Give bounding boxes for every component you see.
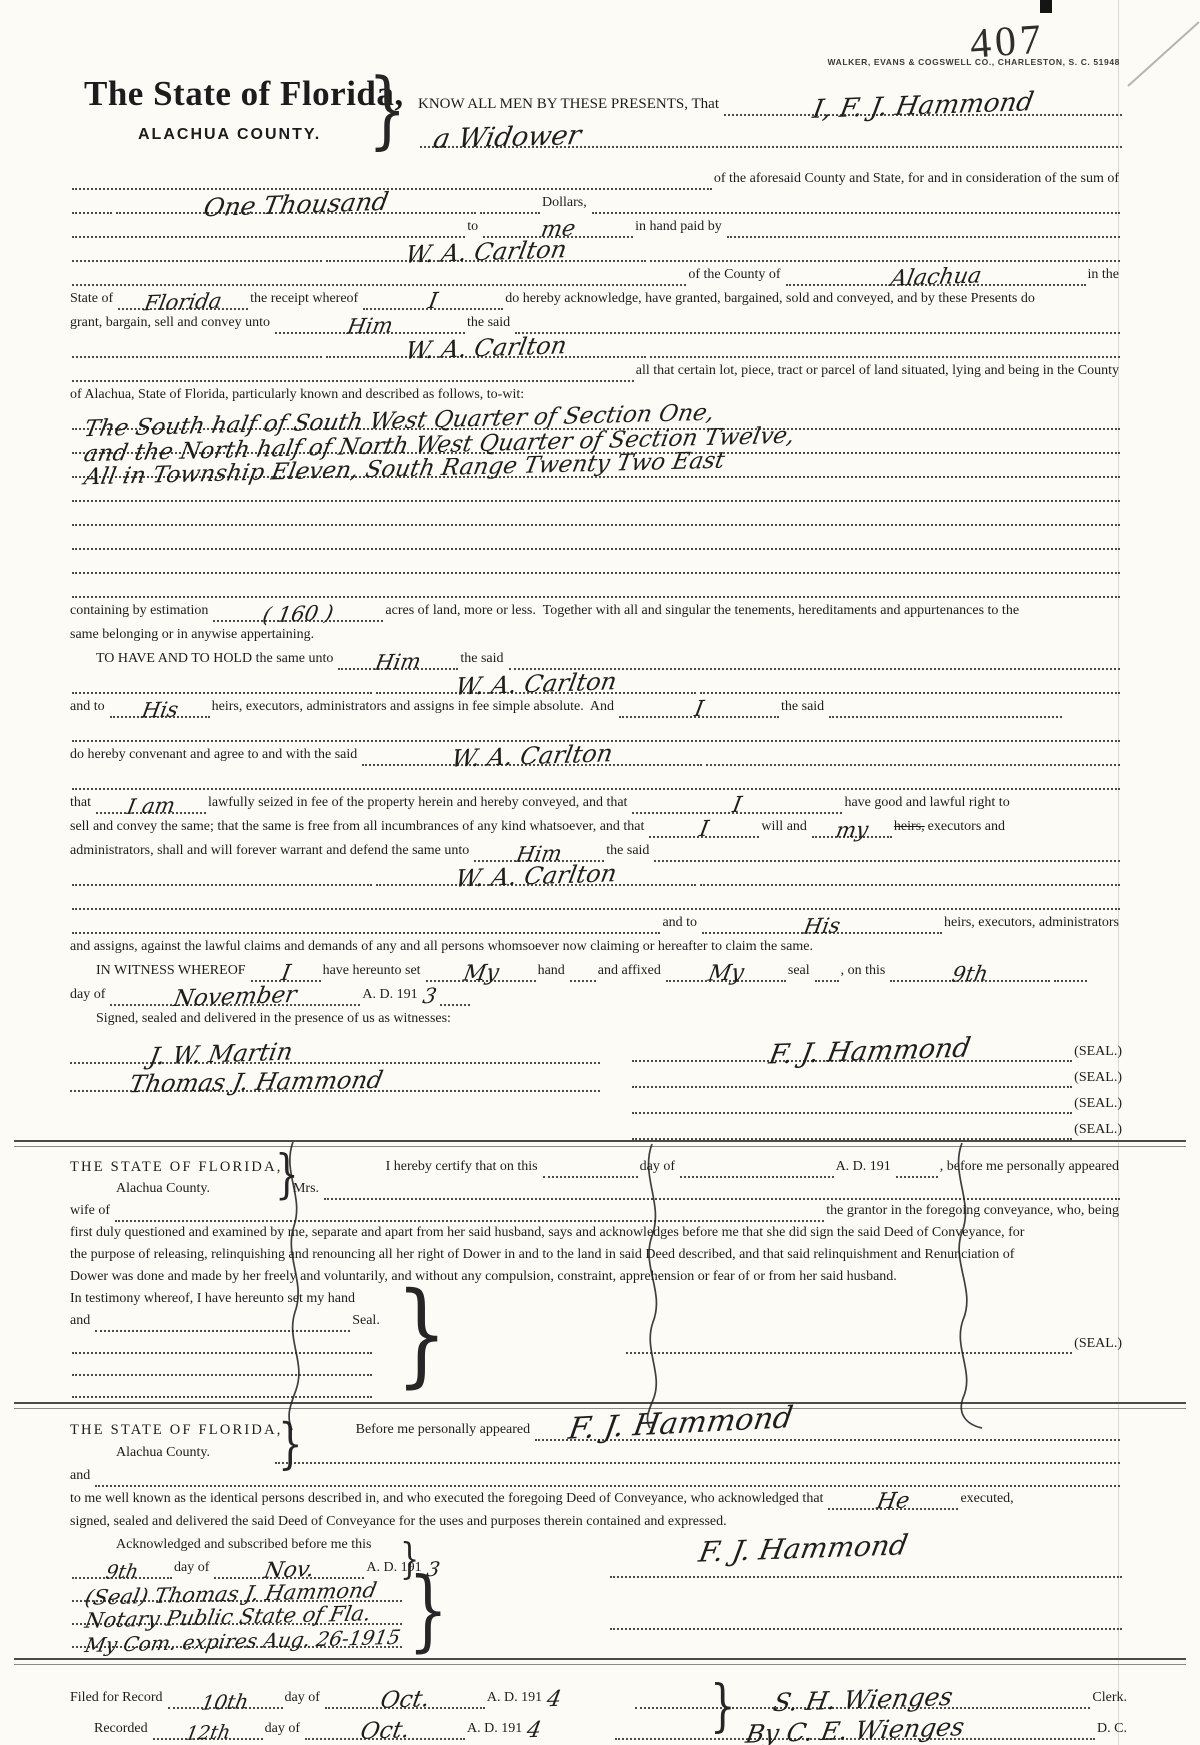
printed-text: the said (781, 700, 827, 718)
dotted-blank (95, 1312, 350, 1332)
printed-text: seal (788, 964, 813, 982)
form-line: TO HAVE AND TO HOLD the same untoHimthe … (70, 646, 1122, 670)
dotted-blank: Florida (118, 290, 248, 310)
printed-text: Signed, sealed and delivered in the pres… (96, 1012, 454, 1030)
section-divider (14, 1140, 1186, 1147)
dotted-blank (650, 242, 1120, 262)
dotted-blank (1054, 962, 1087, 982)
printed-text: Seal. (352, 1314, 383, 1332)
form-line: containing by estimation( 160 )acres of … (70, 598, 1122, 622)
printed-text: of the aforesaid County and State, for a… (714, 172, 1122, 190)
printed-text: day of (174, 1561, 212, 1579)
dotted-blank (72, 530, 1120, 550)
dotted-blank: Him (338, 650, 458, 670)
header-brace: } (368, 72, 406, 148)
dotted-blank: Nov. (214, 1559, 364, 1579)
form-line: THE STATE OF FLORIDA,I hereby certify th… (70, 1156, 1122, 1178)
dotted-blank: W. A. Carlton (326, 242, 646, 262)
struck-text: heirs, (894, 820, 928, 838)
dotted-blank: Him (474, 842, 604, 862)
dotted-blank (592, 194, 1120, 214)
form-line: do hereby convenant and agree to and wit… (70, 742, 1122, 766)
handwritten-text: Oct. (359, 1720, 411, 1742)
dotted-blank (72, 482, 1120, 502)
dotted-blank: S. H. Wienges (635, 1689, 1090, 1709)
dotted-blank: my (812, 818, 892, 838)
dotted-blank: I (649, 818, 759, 838)
dotted-blank: W. A. Carlton (376, 674, 696, 694)
dotted-blank (700, 674, 1120, 694)
county-heading: ALACHUA COUNTY. (138, 126, 321, 144)
printed-text: Alachua County. (116, 1446, 213, 1464)
filed-rows: Filed for Record10thday ofOct.A. D. 1914… (70, 1678, 1130, 1740)
dotted-blank (700, 866, 1120, 886)
form-line: Acknowledged and subscribed before me th… (70, 1533, 1122, 1556)
dotted-blank: His (110, 698, 210, 718)
printed-text: that (70, 796, 94, 814)
dotted-blank: Oct. (305, 1720, 465, 1740)
printed-text: lawfully seized in fee of the property h… (208, 796, 630, 814)
printed-text: I hereby certify that on this (386, 1160, 541, 1178)
form-line (70, 550, 1122, 574)
printed-text: same belonging or in anywise appertainin… (70, 628, 317, 646)
form-line: IN WITNESS WHEREOFIhave hereunto setMyha… (70, 958, 1122, 982)
dotted-blank (72, 890, 1120, 910)
form-line: In testimony whereof, I have hereunto se… (70, 1288, 1122, 1310)
printed-text: grant, bargain, sell and convey unto (70, 316, 273, 334)
printed-text: and to (662, 916, 700, 934)
dotted-blank (829, 698, 1062, 718)
form-line: Signed, sealed and delivered in the pres… (70, 1006, 1122, 1030)
printed-text: to (467, 220, 481, 238)
printed-text: the said (460, 652, 506, 670)
dotted-blank: W. A. Carlton (326, 338, 646, 358)
printed-text: executors and (928, 820, 1008, 838)
seal-line: (SEAL.) (630, 1114, 1122, 1140)
dotted-blank: 9th (72, 1559, 172, 1579)
printed-text: Recorded (94, 1722, 151, 1740)
printed-text: Filed for Record (70, 1691, 166, 1709)
form-line: sell and convey the same; that the same … (70, 814, 1122, 838)
form-line: Filed for Record10thday ofOct.A. D. 1914… (70, 1678, 1130, 1709)
printed-text: all that certain lot, piece, tract or pa… (636, 364, 1122, 382)
printed-text: Before me personally appeared (356, 1423, 534, 1441)
form-line (70, 526, 1122, 550)
printed-text: TO HAVE AND TO HOLD the same unto (96, 652, 336, 670)
form-line: andSeal. (70, 1310, 1122, 1332)
printed-text: A. D. 191 (362, 988, 420, 1006)
form-line: Dower was done and made by her freely an… (70, 1266, 1122, 1288)
scan-corner-streak (1128, 22, 1199, 86)
form-line: same belonging or in anywise appertainin… (70, 622, 1122, 646)
dotted-blank: a Widower (420, 128, 1122, 148)
form-line: W. A. Carlton (70, 334, 1122, 358)
printed-text: first duly questioned and examined by me… (70, 1226, 1027, 1244)
seal-label: (SEAL.) (1074, 1070, 1122, 1088)
printed-text: Clerk. (1092, 1691, 1130, 1709)
form-line: KNOW ALL MEN BY THESE PRESENTS, That I, … (418, 88, 1124, 116)
dotted-blank (515, 314, 1120, 334)
printed-text: the grantor in the foregoing conveyance,… (826, 1204, 1122, 1222)
form-line: and toHisheirs, executors, administrator… (70, 694, 1122, 718)
printed-text: Dower was done and made by her freely an… (70, 1270, 900, 1288)
dotted-blank: I (251, 962, 321, 982)
form-line: thatI amlawfully seized in fee of the pr… (70, 790, 1122, 814)
dotted-blank (632, 1092, 1072, 1114)
handwritten-text: a Widower (431, 124, 582, 152)
handwriting: 4 (525, 1719, 543, 1740)
witness-line: Thomas J. Hammond (70, 1064, 600, 1092)
deed-body: of the aforesaid County and State, for a… (70, 166, 1122, 1030)
printed-text: IN WITNESS WHEREOF (96, 964, 249, 982)
dotted-blank (72, 770, 1120, 790)
dotted-blank (570, 962, 596, 982)
dotted-blank (72, 218, 465, 238)
form-line (70, 478, 1122, 502)
printed-text: and to (70, 700, 108, 718)
form-line: (SEAL.) (70, 1332, 1122, 1354)
handwritten-text: By C. E. Wienges (744, 1716, 966, 1745)
seal-line: (SEAL.) (630, 1062, 1122, 1088)
dotted-blank (275, 1444, 1120, 1464)
form-line: of the aforesaid County and State, for a… (70, 166, 1122, 190)
dotted-blank (72, 914, 660, 934)
dotted-blank (72, 554, 1120, 574)
printed-text: executed, (960, 1492, 1016, 1510)
form-line: first duly questioned and examined by me… (70, 1222, 1122, 1244)
dotted-blank: My Com. expires Aug. 26-1915 (72, 1628, 402, 1648)
dower-release-section: THE STATE OF FLORIDA,I hereby certify th… (70, 1156, 1122, 1398)
printed-text: and assigns, against the lawful claims a… (70, 940, 816, 958)
form-line: The South half of South West Quarter of … (70, 406, 1122, 430)
dotted-blank: I (632, 794, 842, 814)
deed-page: 407 WALKER, EVANS & COGSWELL CO., CHARLE… (0, 0, 1200, 1745)
form-line: to me well known as the identical person… (70, 1487, 1122, 1510)
printed-text: in hand paid by (635, 220, 725, 238)
dotted-blank: ( 160 ) (213, 602, 383, 622)
printed-text: in the (1088, 268, 1123, 286)
section-divider (14, 1658, 1186, 1665)
printed-text: heirs, executors, administrators and ass… (212, 700, 617, 718)
dotted-blank: (Seal) Thomas J. Hammond (72, 1582, 402, 1602)
dotted-blank: Oct. (325, 1689, 485, 1709)
printed-text: Acknowledged and subscribed before me th… (116, 1538, 374, 1556)
form-line: All in Township Eleven, South Range Twen… (70, 454, 1122, 478)
dotted-blank (95, 1467, 1120, 1487)
seal-column: F. J. Hammond (SEAL.) (SEAL.) (SEAL.) (S… (630, 1036, 1122, 1140)
dotted-blank (72, 362, 634, 382)
printed-text: day of (265, 1722, 303, 1740)
grantor-signature: F. J. Hammond (697, 1532, 910, 1564)
printed-text: D. C. (1097, 1722, 1130, 1740)
form-line: a Widower (418, 116, 1124, 148)
printed-text: the said (467, 316, 513, 334)
printed-text: A. D. 191 (467, 1722, 525, 1740)
form-line (70, 502, 1122, 526)
printed-text: do hereby acknowledge, have granted, bar… (505, 292, 1038, 310)
printed-text: the receipt whereof (250, 292, 361, 310)
printed-text: THE STATE OF FLORIDA, (70, 1160, 286, 1178)
printer-imprint: WALKER, EVANS & COGSWELL CO., CHARLESTON… (827, 57, 1120, 67)
witness-signature-block: J. W. Martin Thomas J. Hammond F. J. Ham… (70, 1036, 1122, 1140)
dotted-blank: W. A. Carlton (376, 866, 696, 886)
dotted-blank: I (363, 290, 503, 310)
dotted-blank (610, 1610, 1122, 1630)
handwritten-text: 12th (184, 1724, 231, 1743)
dotted-blank (72, 1356, 372, 1376)
dower-county-brace: } (275, 1152, 299, 1199)
printed-text: containing by estimation (70, 604, 211, 622)
printed-text: of the County of (688, 268, 783, 286)
form-line: administrators, shall and will forever w… (70, 838, 1122, 862)
printed-text: and (70, 1469, 93, 1487)
form-line: the purpose of releasing, relinquishing … (70, 1244, 1122, 1266)
form-line: W. A. Carlton (70, 238, 1122, 262)
form-line: W. A. Carlton (70, 862, 1122, 886)
seal-label: (SEAL.) (1074, 1336, 1122, 1354)
handwritten-text: Thomas J. Hammond (127, 1070, 384, 1096)
seal-label: (SEAL.) (1074, 1044, 1122, 1062)
dotted-blank (324, 1180, 1120, 1200)
dotted-blank (815, 962, 839, 982)
form-line: tomein hand paid by (70, 214, 1122, 238)
printed-text: heirs, executors, administrators (944, 916, 1122, 934)
form-line: wife ofthe grantor in the foregoing conv… (70, 1200, 1122, 1222)
section-divider (14, 1402, 1186, 1409)
dotted-blank: My (426, 962, 536, 982)
witness-column: J. W. Martin Thomas J. Hammond (70, 1036, 600, 1092)
form-line: and toHisheirs, executors, administrator… (70, 910, 1122, 934)
dower-rows: THE STATE OF FLORIDA,I hereby certify th… (70, 1156, 1122, 1398)
printed-text: day of (640, 1160, 678, 1178)
page-title: The State of Florida, (84, 74, 404, 114)
dotted-blank (706, 746, 1120, 766)
recording-section: Filed for Record10thday ofOct.A. D. 1914… (70, 1678, 1130, 1740)
dotted-blank (632, 1066, 1072, 1088)
dotted-blank (115, 1202, 824, 1222)
seal-line: F. J. Hammond (SEAL.) (630, 1036, 1122, 1062)
dotted-blank (632, 1118, 1072, 1140)
dotted-blank (72, 674, 372, 694)
dotted-blank: By C. E. Wienges (615, 1720, 1095, 1740)
printed-text: signed, sealed and delivered the said De… (70, 1515, 730, 1533)
dotted-blank (72, 266, 686, 286)
form-line: of the County ofAlachuain the (70, 262, 1122, 286)
dotted-blank: Him (275, 314, 465, 334)
dotted-blank (72, 1378, 372, 1398)
handwriting: 3 (421, 985, 438, 1006)
dotted-blank (72, 578, 1120, 598)
form-line: W. A. Carlton (70, 670, 1122, 694)
dotted-blank: He (828, 1490, 958, 1510)
seal-line: (SEAL.) (630, 1088, 1122, 1114)
dotted-blank (654, 842, 1120, 862)
scan-artifact-mark (1040, 0, 1052, 13)
form-line: (Seal) Thomas J. Hammond (70, 1579, 1122, 1602)
handwritten-text: 4 (525, 1721, 543, 1741)
form-line: all that certain lot, piece, tract or pa… (70, 358, 1122, 382)
printed-text: THE STATE OF FLORIDA, (70, 1423, 286, 1441)
form-line: Recorded12thday ofOct.A. D. 1914By C. E.… (70, 1709, 1130, 1740)
printed-text: acres of land, more or less. Together wi… (385, 604, 1022, 622)
dotted-blank: 10th (168, 1689, 283, 1709)
dotted-blank (680, 1158, 834, 1178)
form-line: Alachua County.Mrs. (70, 1178, 1122, 1200)
presents-block: KNOW ALL MEN BY THESE PRESENTS, That I, … (418, 88, 1124, 148)
form-line: One ThousandDollars, (70, 190, 1122, 214)
printed-text: In testimony whereof, I have hereunto se… (70, 1292, 358, 1310)
seal-label: (SEAL.) (1074, 1096, 1122, 1114)
form-line (70, 718, 1122, 742)
seal-label: (SEAL.) (1074, 1122, 1122, 1140)
form-line (70, 1376, 1122, 1398)
acknowledgment-section: THE STATE OF FLORIDA,Before me personall… (70, 1418, 1122, 1648)
printed-text: Dollars, (542, 196, 590, 214)
printed-text: hand (538, 964, 568, 982)
ack-county-brace: } (278, 1420, 303, 1469)
dotted-blank (626, 1334, 1072, 1354)
form-line (70, 1354, 1122, 1376)
form-line: day ofNovemberA. D. 1913 (70, 982, 1122, 1006)
printed-text: and affixed (598, 964, 664, 982)
dotted-blank (440, 986, 470, 1006)
form-line: and (70, 1464, 1122, 1487)
dotted-blank: Alachua (786, 266, 1086, 286)
printed-text: A. D. 191 (836, 1160, 894, 1178)
printed-text: KNOW ALL MEN BY THESE PRESENTS, That (418, 97, 722, 116)
dotted-blank (72, 866, 372, 886)
dotted-blank (72, 242, 322, 262)
filed-brace: } (710, 1682, 736, 1732)
printed-text: day of (285, 1691, 323, 1709)
handwriting: 4 (545, 1688, 563, 1709)
dotted-blank (72, 170, 712, 190)
dotted-blank: I (619, 698, 779, 718)
dotted-blank: All in Township Eleven, South Range Twen… (72, 458, 1120, 478)
printed-text: A. D. 191 (487, 1691, 545, 1709)
dower-seal-brace: } (396, 1284, 447, 1385)
form-line: signed, sealed and delivered the said De… (70, 1510, 1122, 1533)
dotted-blank: I am (96, 794, 206, 814)
dotted-blank: 12th (153, 1720, 263, 1740)
printed-text: to me well known as the identical person… (70, 1492, 826, 1510)
printed-text: of Alachua, State of Florida, particular… (70, 388, 527, 406)
dotted-blank: His (702, 914, 942, 934)
form-line (70, 766, 1122, 790)
printed-text: do hereby convenant and agree to and wit… (70, 748, 360, 766)
dotted-blank: 9th (890, 962, 1050, 982)
dotted-blank (72, 194, 112, 214)
form-line (70, 886, 1122, 910)
dotted-blank: W. A. Carlton (362, 746, 702, 766)
dotted-blank: I, F. J. Hammond (724, 96, 1122, 116)
dotted-blank: One Thousand (116, 194, 476, 214)
handwritten-text: 4 (545, 1690, 563, 1710)
printed-text: , before me personally appeared (940, 1160, 1122, 1178)
printed-text: Alachua County. (116, 1182, 213, 1200)
dotted-blank (543, 1158, 638, 1178)
dotted-blank: November (110, 986, 360, 1006)
dotted-blank: My (666, 962, 786, 982)
form-line (70, 574, 1122, 598)
handwritten-text: My Com. expires Aug. 26-1915 (84, 1628, 402, 1654)
printed-text: , on this (841, 964, 889, 982)
dotted-blank (72, 506, 1120, 526)
dotted-blank: Notary Public State of Fla. (72, 1605, 402, 1625)
dotted-blank (650, 338, 1120, 358)
form-line: grant, bargain, sell and convey untoHimt… (70, 310, 1122, 334)
dotted-blank (480, 194, 540, 214)
printed-text: and (70, 1314, 93, 1332)
printed-text: wife of (70, 1204, 113, 1222)
witness-line: J. W. Martin (70, 1036, 600, 1064)
printed-text: day of (70, 988, 108, 1006)
dotted-blank (72, 1334, 372, 1354)
printed-text: will and (761, 820, 810, 838)
form-line: State ofFloridathe receipt whereofIdo he… (70, 286, 1122, 310)
printed-text: administrators, shall and will forever w… (70, 844, 472, 862)
notary-brace: } (408, 1570, 448, 1649)
dotted-blank (896, 1158, 938, 1178)
dotted-blank (727, 218, 1120, 238)
form-line: and assigns, against the lawful claims a… (70, 934, 1122, 958)
printed-text: have good and lawful right to (844, 796, 1012, 814)
printed-text: sell and convey the same; that the same … (70, 820, 647, 838)
printed-text: State of (70, 292, 116, 310)
printed-text: have hereunto set (323, 964, 424, 982)
handwritten-text: 3 (421, 987, 438, 1006)
dotted-blank (72, 338, 322, 358)
printed-text: the purpose of releasing, relinquishing … (70, 1248, 1017, 1266)
